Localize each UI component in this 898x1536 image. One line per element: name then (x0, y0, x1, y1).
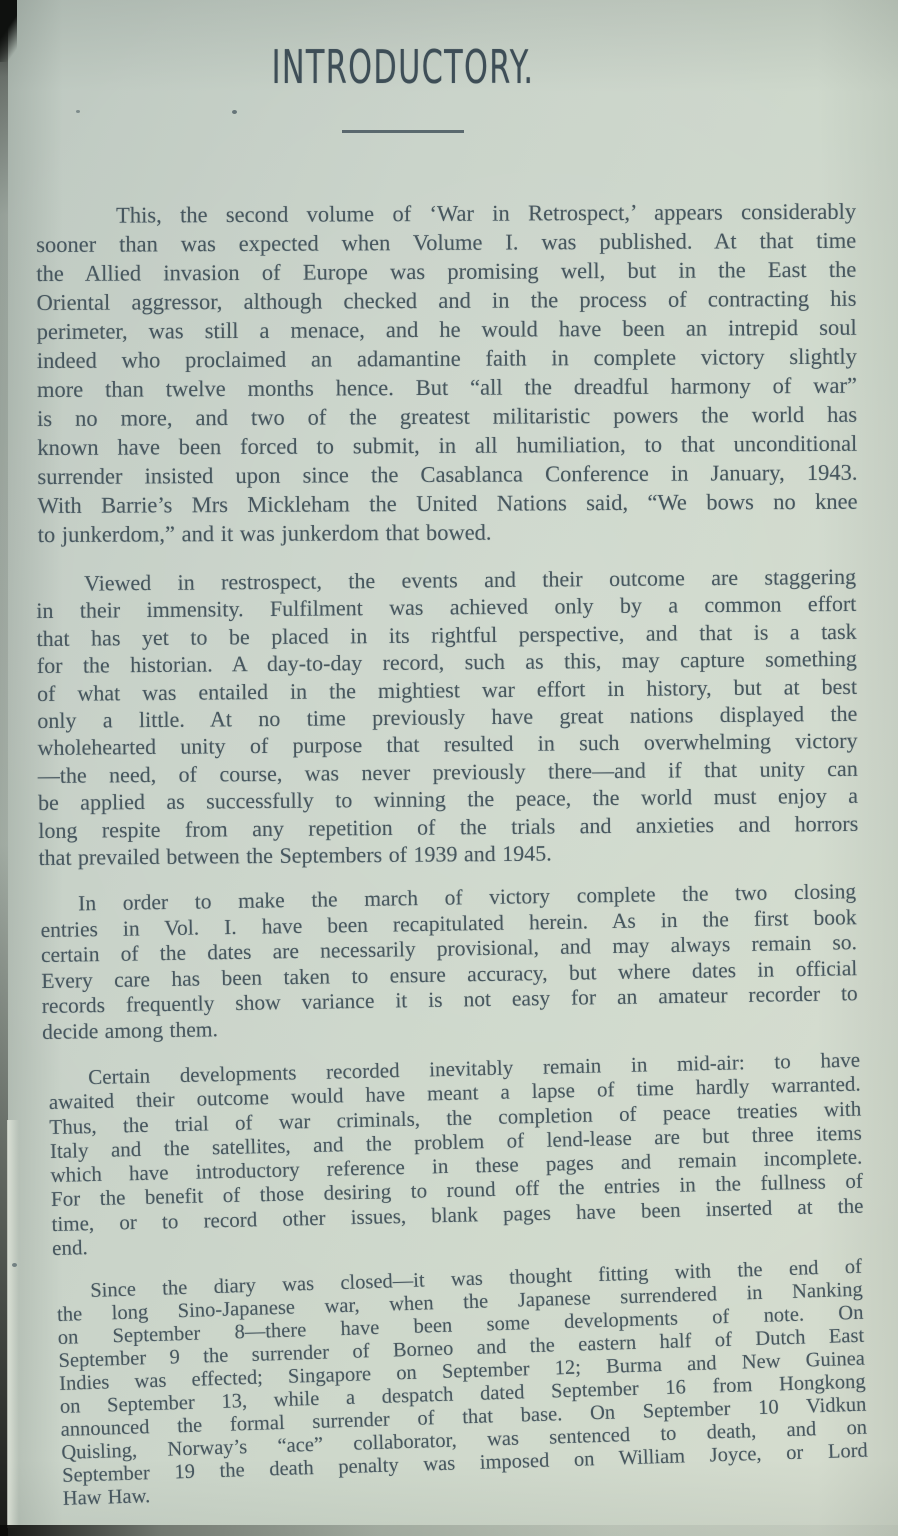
text-line: perimeter, was still a menace, and he wo… (37, 313, 857, 346)
text-line: surrender insisted upon since the Casabl… (37, 458, 857, 491)
text-line: more than twelve months hence. But “all … (37, 371, 857, 404)
page-header: INTRODUCTORY. (0, 40, 806, 133)
paragraph: Viewed in restrospect, the events and th… (36, 563, 859, 872)
page-edge-shadow-left (0, 0, 8, 1536)
text-line: that prevailed between the Septembers of… (38, 837, 858, 872)
title-divider (342, 130, 464, 133)
page-edge-highlight (7, 1120, 19, 1528)
text-line: known have been forced to submit, in all… (37, 429, 857, 462)
text-line: is no more, and two of the greatest mili… (37, 400, 857, 433)
text-line: This, the second volume of ‘War in Retro… (36, 197, 856, 230)
paragraph: In order to make the march of victory co… (40, 879, 858, 1045)
page-edge-shadow-bottom (0, 1525, 898, 1536)
text-line: Oriental aggressor, although checked and… (36, 284, 856, 317)
text-line: sooner than was expected when Volume I. … (36, 226, 856, 259)
paragraph: This, the second volume of ‘War in Retro… (36, 197, 858, 549)
text-line: the Allied invasion of Europe was promis… (36, 255, 856, 288)
paper-speck (12, 1263, 17, 1267)
paragraph: Since the diary was closed—it was though… (56, 1256, 869, 1511)
text-line: to junkerdom,” and it was junkerdom that… (38, 516, 858, 549)
text-line: indeed who proclaimed an adamantine fait… (37, 342, 857, 375)
book-page-photo: INTRODUCTORY. This, the second volume of… (0, 0, 898, 1536)
text-line: With Barrie’s Mrs Mickleham the United N… (38, 487, 858, 520)
paragraph: Certain developments recorded inevitably… (48, 1048, 864, 1261)
page-title: INTRODUCTORY. (137, 40, 669, 94)
